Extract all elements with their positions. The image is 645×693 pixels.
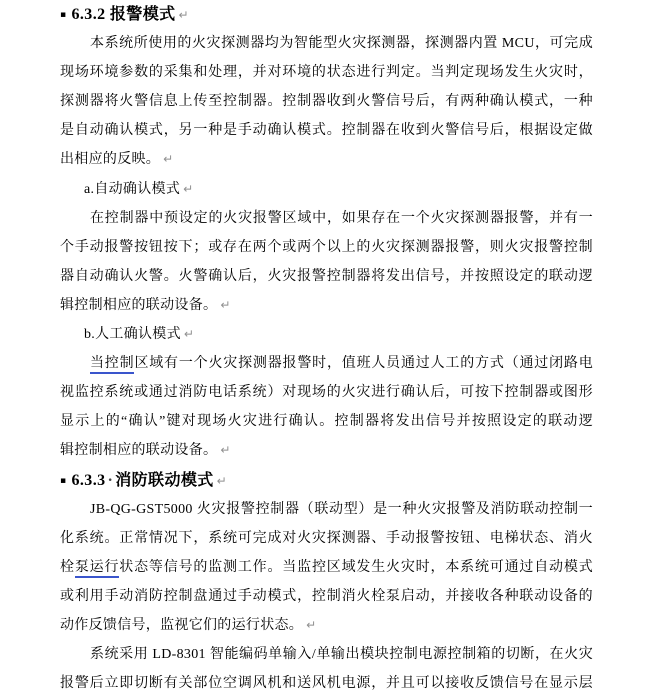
heading-bullet-icon: ▪	[60, 1, 67, 29]
spellcheck-underlined-text: 当控制	[90, 356, 134, 374]
text-segment: 或利用手动消防控制盘通过手动模式，控制消火栓泵启动，并接收各种联动设备的	[60, 589, 593, 604]
text-line: 报警后立即切断有关部位空调风机和送风机电源，并且可以接收反馈信号在显示层	[60, 669, 593, 693]
text-line: 探测器将火警信息上传至控制器。控制器收到火警信号后，有两种确认模式，一种	[60, 87, 593, 116]
text-segment: 辑控制相应的联动设备。	[60, 298, 217, 313]
paragraph-mark-icon: ↵	[179, 8, 189, 22]
paragraph-mark-icon: ↵	[163, 152, 173, 166]
paragraph-mark-icon: ↵	[220, 298, 230, 312]
text-line: 视监控系统或通过消防电话系统）对现场的火灾进行确认后，可按下控制器或图形	[60, 378, 593, 407]
text-segment: 状态等信号的监测工作。当监控区域发生火灾时，本系统可通过自动模式	[119, 560, 593, 575]
text-segment: 化系统。正常情况下，系统可完成对火灾探测器、手动报警按钮、电梯状态、消火	[60, 531, 593, 546]
text-segment: 报警后立即切断有关部位空调风机和送风机电源，并且可以接收反馈信号在显示层	[60, 676, 593, 691]
text-line: 当控制区域有一个火灾探测器报警时，值班人员通过人工的方式（通过闭路电	[60, 349, 593, 378]
heading-bullet-icon: ▪	[60, 467, 67, 495]
text-segment: 辑控制相应的联动设备。	[60, 443, 217, 458]
text-segment: 消防联动模式	[115, 472, 213, 489]
text-line: 是自动确认模式，另一种是手动确认模式。控制器在收到火警信号后，根据设定做	[60, 116, 593, 145]
text-segment: 动作反馈信号，监视它们的运行状态。	[60, 618, 303, 633]
text-segment: 现场环境参数的采集和处理，并对环境的状态进行判定。当判定现场发生火灾时，	[60, 65, 593, 80]
text-line: 系统采用 LD-8301 智能编码单输入/单输出模块控制电源控制箱的切断，在火灾	[60, 640, 593, 669]
paragraph-mark-icon: ↵	[183, 182, 193, 196]
paragraph-mark-icon: ↵	[217, 474, 227, 488]
text-line: 辑控制相应的联动设备。↵	[60, 436, 593, 465]
text-segment: 本系统所使用的火灾探测器均为智能型火灾探测器，探测器内置 MCU，可完成对	[90, 36, 593, 58]
text-segment: 探测器将火警信息上传至控制器。控制器收到火警信号后，有两种确认模式，一种	[60, 94, 593, 109]
text-line: 辑控制相应的联动设备。↵	[60, 291, 593, 320]
text-line: 动作反馈信号，监视它们的运行状态。↵	[60, 611, 593, 640]
text-line: 栓泵运行状态等信号的监测工作。当监控区域发生火灾时，本系统可通过自动模式	[60, 553, 593, 582]
paragraph-mark-icon: ↵	[220, 443, 230, 457]
text-segment: 显示上的“确认”键对现场火灾进行确认。控制器将发出信号并按照设定的联动逻	[60, 414, 593, 429]
text-segment: 是自动确认模式，另一种是手动确认模式。控制器在收到火警信号后，根据设定做	[60, 123, 593, 138]
text-segment: 在控制器中预设定的火灾报警区域中，如果存在一个火灾探测器报警，并有一	[90, 211, 593, 226]
paragraph-mark-icon: ↵	[306, 618, 316, 632]
document-page: ▪6.3.2 报警模式↵本系统所使用的火灾探测器均为智能型火灾探测器，探测器内置…	[0, 0, 645, 693]
section-heading: ▪6.3.2 报警模式↵	[60, 0, 593, 29]
text-line: 器自动确认火警。火警确认后，火灾报警控制器将发出信号，并按照设定的联动逻	[60, 262, 593, 291]
space-format-mark: ·	[106, 472, 116, 489]
text-segment: 区域有一个火灾探测器报警时，值班人员通过人工的方式（通过闭路电	[134, 356, 593, 371]
text-segment: JB-QG-GST5000 火灾报警控制器（联动型）是一种火灾报警及消防联动控制…	[90, 502, 593, 524]
text-segment: 6.3.3	[72, 472, 106, 489]
text-segment: 视监控系统或通过消防电话系统）对现场的火灾进行确认后，可按下控制器或图形	[60, 385, 593, 400]
text-segment: a.自动确认模式	[84, 182, 180, 197]
section-heading: ▪6.3.3·消防联动模式↵	[60, 466, 593, 495]
text-line: 现场环境参数的采集和处理，并对环境的状态进行判定。当判定现场发生火灾时，	[60, 58, 593, 87]
text-line: JB-QG-GST5000 火灾报警控制器（联动型）是一种火灾报警及消防联动控制…	[60, 495, 593, 524]
text-segment: 器自动确认火警。火警确认后，火灾报警控制器将发出信号，并按照设定的联动逻	[60, 269, 593, 284]
text-line: 化系统。正常情况下，系统可完成对火灾探测器、手动报警按钮、电梯状态、消火	[60, 524, 593, 553]
text-segment: 栓	[60, 560, 75, 575]
text-line: a.自动确认模式↵	[60, 175, 593, 204]
text-segment: 个手动报警按钮按下；或存在两个或两个以上的火灾探测器报警，则火灾报警控制	[60, 240, 593, 255]
text-segment: 系统采用 LD-8301 智能编码单输入/单输出模块控制电源控制箱的切断，在火灾	[90, 647, 593, 662]
text-line: 或利用手动消防控制盘通过手动模式，控制消火栓泵启动，并接收各种联动设备的	[60, 582, 593, 611]
text-segment: 6.3.2 报警模式	[72, 6, 176, 23]
text-segment: 出相应的反映。	[60, 152, 160, 167]
text-line: 显示上的“确认”键对现场火灾进行确认。控制器将发出信号并按照设定的联动逻	[60, 407, 593, 436]
text-line: 出相应的反映。↵	[60, 145, 593, 174]
text-segment: b.人工确认模式	[84, 327, 181, 342]
text-line: b.人工确认模式↵	[60, 320, 593, 349]
paragraph-mark-icon: ↵	[184, 327, 194, 341]
text-line: 在控制器中预设定的火灾报警区域中，如果存在一个火灾探测器报警，并有一	[60, 204, 593, 233]
text-line: 个手动报警按钮按下；或存在两个或两个以上的火灾探测器报警，则火灾报警控制	[60, 233, 593, 262]
spellcheck-underlined-text: 泵运行	[75, 560, 119, 578]
text-line: 本系统所使用的火灾探测器均为智能型火灾探测器，探测器内置 MCU，可完成对	[60, 29, 593, 58]
